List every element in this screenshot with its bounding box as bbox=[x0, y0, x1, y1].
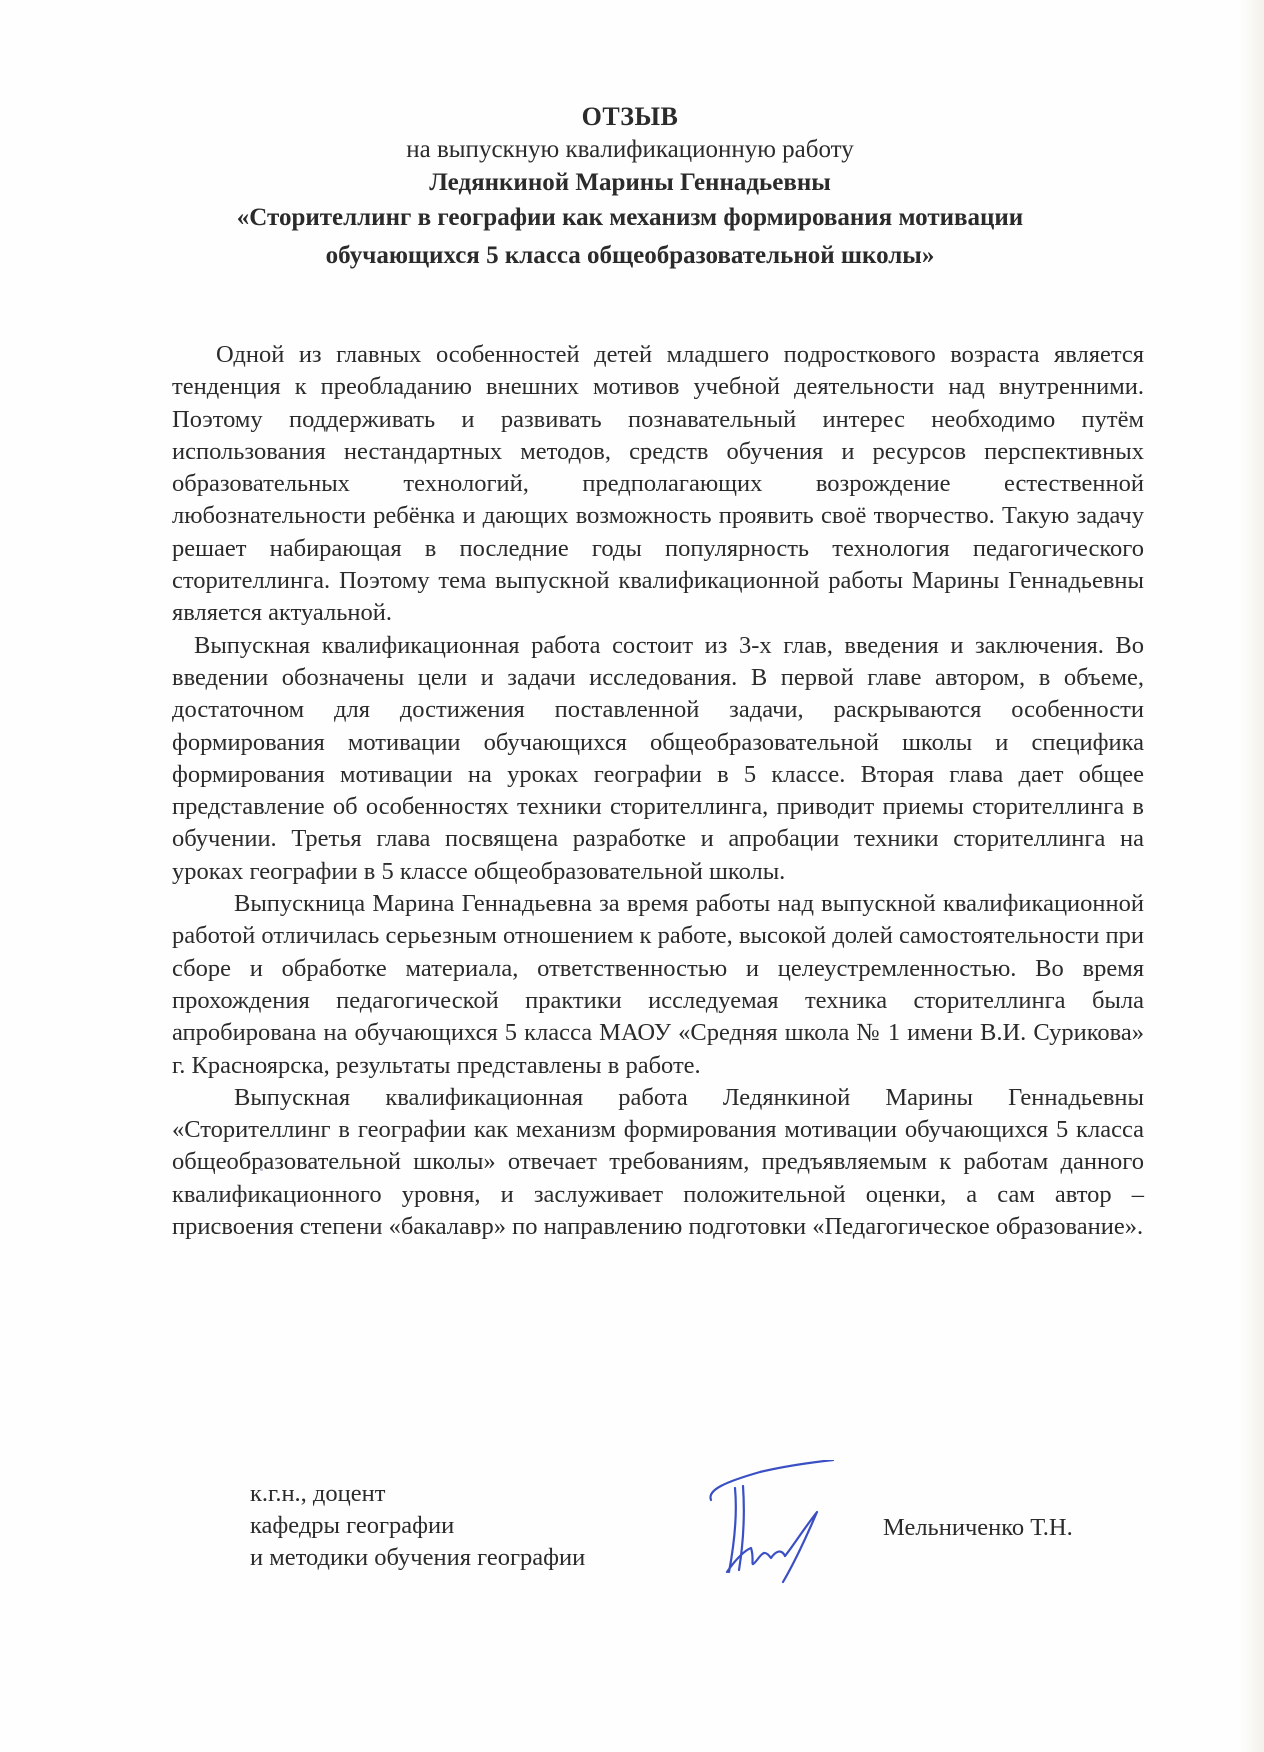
paragraph-structure: Выпускная квалификационная работа состои… bbox=[172, 630, 1144, 888]
paragraph-relevance: Одной из главных особенностей детей млад… bbox=[172, 339, 1144, 630]
thesis-topic-line-1: «Сторителлинг в географии как механизм ф… bbox=[150, 199, 1110, 237]
document-header: ОТЗЫВ на выпускную квалификационную рабо… bbox=[150, 100, 1110, 275]
reviewer-position: к.г.н., доцент кафедры географии и метод… bbox=[250, 1478, 585, 1574]
scan-edge-shadow bbox=[1240, 0, 1264, 1752]
document-title: ОТЗЫВ bbox=[150, 100, 1110, 133]
document-subtitle: на выпускную квалификационную работу bbox=[150, 133, 1110, 166]
thesis-topic-line-2: обучающихся 5 класса общеобразовательной… bbox=[150, 237, 1110, 275]
reviewer-department-line-2: и методики обучения географии bbox=[250, 1542, 585, 1574]
author-name: Ледянкиной Марины Геннадьевны bbox=[150, 166, 1110, 199]
signer-name: Мельниченко Т.Н. bbox=[883, 1512, 1073, 1544]
review-body: Одной из главных особенностей детей млад… bbox=[172, 339, 1144, 1243]
paragraph-conclusion: Выпускная квалификационная работа Ледянк… bbox=[172, 1082, 1144, 1243]
paragraph-student-assessment: Выпускница Марина Геннадьевна за время р… bbox=[172, 888, 1144, 1082]
handwritten-signature-icon bbox=[705, 1460, 845, 1585]
reviewer-department-line-1: кафедры географии bbox=[250, 1510, 585, 1542]
scan-artifact bbox=[1000, 846, 1003, 849]
scan-artifact bbox=[260, 1168, 263, 1171]
reviewer-degree: к.г.н., доцент bbox=[250, 1478, 585, 1510]
document-page: ОТЗЫВ на выпускную квалификационную рабо… bbox=[0, 0, 1264, 1752]
